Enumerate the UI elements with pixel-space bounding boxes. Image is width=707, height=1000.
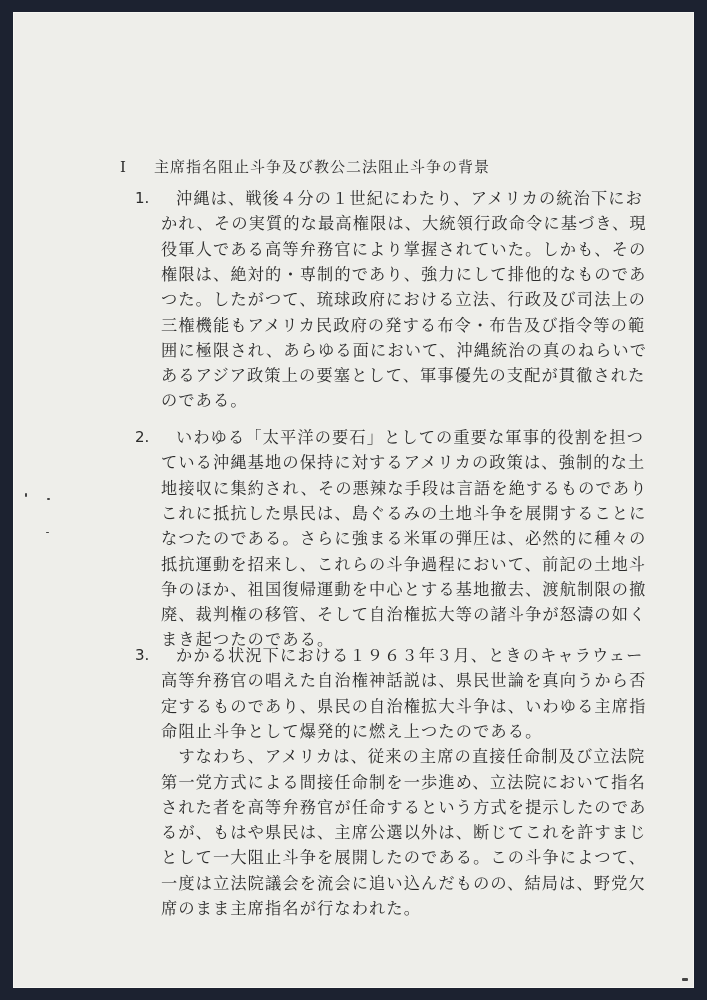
paragraph-line: 沖縄は、戦後４分の１世紀にわたり、アメリカの統治下にお [176,186,643,211]
paragraph-line: 権限は、絶対的・専制的であり、強力にして排他的なものであ [161,262,646,287]
paragraph-line: 役軍人である高等弁務官により掌握されていた。しかも、その [161,237,646,262]
paragraph-line: つた。したがつて、琉球政府における立法、行政及び司法上の [161,287,646,312]
paragraph-line: 高等弁務官の唱えた自治権神話説は、県民世論を真向うから否 [161,668,646,693]
paragraph-line: として一大阻止斗争を展開したのである。この斗争によつて、 [161,845,646,870]
paragraph-line: 第一党方式による間接任命制を一歩進め、立法院において指名 [161,770,646,795]
heading-title: 主席指名阻止斗争及び教公二法阻止斗争の背景 [154,158,490,176]
paragraph-line: された者を高等弁務官が任命するという方式を提示したのであ [161,795,646,820]
section-heading: Ⅰ主席指名阻止斗争及び教公二法阻止斗争の背景 [120,156,490,177]
heading-numeral: Ⅰ [120,158,154,176]
paragraph-line: 席のまま主席指名が行なわれた。 [161,896,421,921]
paragraph-line: 命阻止斗争として爆発的に燃え上つたのである。 [161,719,542,744]
paragraph-line: のである。 [161,388,248,413]
paragraph-line: 囲に極限され、あらゆる面において、沖縄統治の真のねらいで [161,338,647,363]
paragraph-line: るが、もはや県民は、主席公選以外は、断じてこれを許すまじ [161,820,646,845]
paragraph-line: あるアジア政策上の要塞として、軍事優先の支配が貫徹された [161,363,645,388]
document-body: Ⅰ主席指名阻止斗争及び教公二法阻止斗争の背景 1.沖縄は、戦後４分の１世紀にわた… [13,12,694,988]
paragraph-line: かれ、その実質的な最高権限は、大統領行政命令に基づき、現 [161,211,647,236]
scan-speck [46,532,49,533]
document-page: Ⅰ主席指名阻止斗争及び教公二法阻止斗争の背景 1.沖縄は、戦後４分の１世紀にわた… [13,12,694,988]
section-number: 3. [135,646,149,664]
paragraph-line: すなわち、アメリカは、従来の主席の直接任命制及び立法院 [161,744,645,769]
section-number: 1. [135,189,149,207]
paragraph-line: これに抵抗した県民は、島ぐるみの土地斗争を展開することに [161,501,646,526]
scan-speck [25,493,27,497]
paragraph-line: いわゆる「太平洋の要石」としての重要な軍事的役割を担つ [176,425,644,450]
paragraph-line: 廃、裁判権の移管、そして自治権拡大等の諸斗争が怒濤の如く [161,602,646,627]
paragraph-line: 定するものであり、県民の自治権拡大斗争は、いわゆる主席指 [161,694,646,719]
paragraph-line: なつたのである。さらに強まる米軍の弾圧は、必然的に種々の [161,526,646,551]
paragraph-line: 争のほか、祖国復帰運動を中心とする基地撤去、渡航制限の撤 [161,577,646,602]
paragraph-line: 三権機能もアメリカ民政府の発する布令・布告及び指令等の範 [161,313,645,338]
scan-speck [682,978,688,981]
paragraph-line: 地接収に集約され、その悪辣な手段は言語を絶するものであり [161,476,647,501]
section-number: 2. [135,428,149,446]
paragraph-line: ている沖縄基地の保持に対するアメリカの政策は、強制的な土 [161,450,645,475]
scan-speck [47,498,50,500]
paragraph-line: 抵抗運動を招来し、これらの斗争過程において、前記の土地斗 [161,552,646,577]
paragraph-line: 一度は立法院議会を流会に追い込んだものの、結局は、野党欠 [161,871,646,896]
paragraph-line: かかる状況下における１９６３年３月、ときのキャラウェー [176,643,643,668]
